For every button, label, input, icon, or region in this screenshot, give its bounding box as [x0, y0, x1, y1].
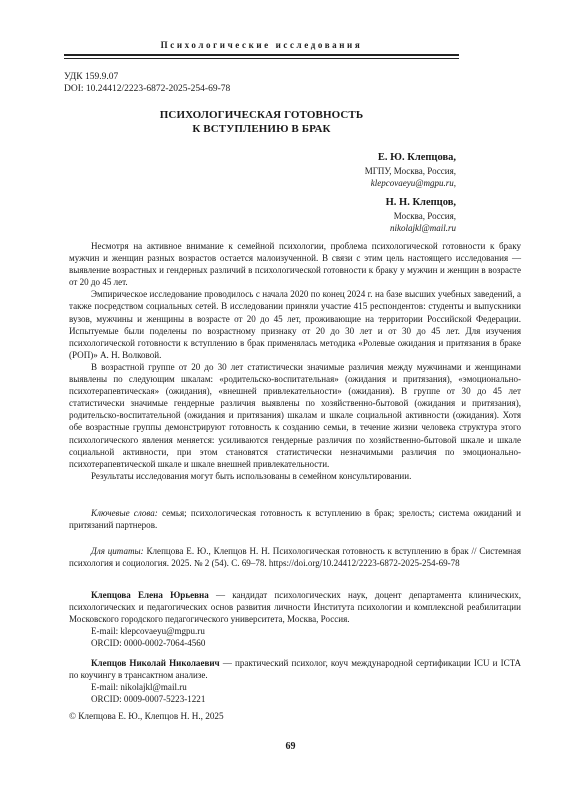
- abstract-paragraph: Несмотря на активное внимание к семейной…: [69, 240, 521, 288]
- keywords: Ключевые слова: семья; психологическая г…: [69, 507, 521, 531]
- abstract-paragraph: Эмпирическое исследование проводилось с …: [69, 288, 521, 361]
- author-affiliation: Москва, Россия,: [365, 210, 456, 222]
- title-line-1: ПСИХОЛОГИЧЕСКАЯ ГОТОВНОСТЬ: [64, 108, 459, 122]
- authors: Е. Ю. Клепцова, МГПУ, Москва, Россия, kl…: [365, 151, 456, 234]
- header-rule-thin: [64, 58, 459, 59]
- header-rule-thick: [64, 54, 459, 56]
- running-head: Психологические исследования: [64, 40, 459, 50]
- author-1: Е. Ю. Клепцова, МГПУ, Москва, Россия, kl…: [365, 151, 456, 189]
- citation: Для цитаты: Клепцова Е. Ю., Клепцов Н. Н…: [69, 545, 521, 569]
- bio-orcid: ORCID: 0009-0007-5223-1221: [69, 693, 521, 705]
- journal-page: Психологические исследования УДК 159.9.0…: [0, 0, 581, 800]
- title-line-2: К ВСТУПЛЕНИЮ В БРАК: [64, 122, 459, 136]
- article-meta: УДК 159.9.07 DOI: 10.24412/2223-6872-202…: [64, 71, 230, 95]
- bio-email[interactable]: E-mail: nikolajkl@mail.ru: [69, 681, 521, 693]
- bio-name: Клепцова Елена Юрьевна: [91, 590, 209, 600]
- author-bio-1: Клепцова Елена Юрьевна — кандидат психол…: [69, 589, 521, 649]
- abstract: Несмотря на активное внимание к семейной…: [69, 240, 521, 482]
- abstract-paragraph: Результаты исследования могут быть испол…: [69, 470, 521, 482]
- author-bio-2: Клепцов Николай Николаевич — практически…: [69, 657, 521, 705]
- keywords-label: Ключевые слова:: [91, 508, 158, 518]
- abstract-paragraph: В возрастной группе от 20 до 30 лет стат…: [69, 361, 521, 470]
- author-2: Н. Н. Клепцов, Москва, Россия, nikolajkl…: [365, 196, 456, 234]
- author-affiliation: МГПУ, Москва, Россия,: [365, 165, 456, 177]
- article-title: ПСИХОЛОГИЧЕСКАЯ ГОТОВНОСТЬ К ВСТУПЛЕНИЮ …: [64, 108, 459, 136]
- author-name: Е. Ю. Клепцова,: [365, 151, 456, 165]
- citation-label: Для цитаты:: [91, 546, 144, 556]
- bio-email[interactable]: E-mail: klepcovaeyu@mgpu.ru: [69, 625, 521, 637]
- bio-name: Клепцов Николай Николаевич: [91, 658, 220, 668]
- author-email[interactable]: klepcovaeyu@mgpu.ru,: [365, 177, 456, 189]
- page-number: 69: [0, 741, 581, 752]
- bio-orcid: ORCID: 0000-0002-7064-4560: [69, 637, 521, 649]
- author-email[interactable]: nikolajkl@mail.ru: [365, 222, 456, 234]
- author-name: Н. Н. Клепцов,: [365, 196, 456, 210]
- copyright: © Клепцова Е. Ю., Клепцов Н. Н., 2025: [69, 711, 224, 721]
- doi: DOI: 10.24412/2223-6872-2025-254-69-78: [64, 83, 230, 95]
- udk: УДК 159.9.07: [64, 71, 230, 83]
